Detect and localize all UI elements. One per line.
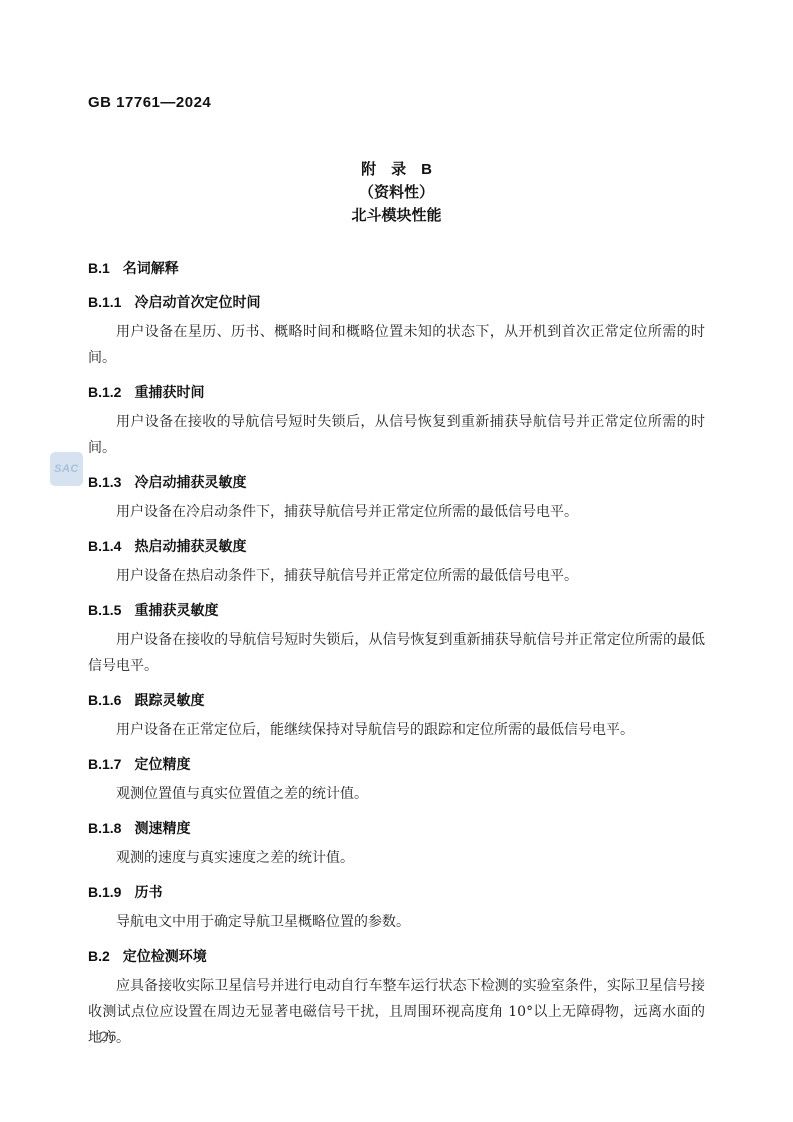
section-paragraph: 用户设备在冷启动条件下，捕获导航信号并正常定位所需的最低信号电平。: [88, 499, 705, 525]
section-paragraph: 用户设备在接收的导航信号短时失锁后，从信号恢复到重新捕获导航信号并正常定位所需的…: [88, 409, 705, 461]
section-paragraph: 导航电文中用于确定导航卫星概略位置的参数。: [88, 909, 705, 935]
section-title: 定位精度: [134, 756, 190, 772]
sections: B.1名词解释 B.1.1冷启动首次定位时间 用户设备在星历、历书、概略时间和概…: [88, 255, 705, 1051]
section-title: 历书: [134, 884, 162, 900]
section-id: B.1.4: [88, 538, 121, 554]
section-b1-1: B.1.1冷启动首次定位时间 用户设备在星历、历书、概略时间和概略位置未知的状态…: [88, 289, 705, 371]
section-heading: B.1.8测速精度: [88, 815, 705, 841]
section-b1: B.1名词解释: [88, 255, 705, 281]
appendix-name: 北斗模块性能: [88, 204, 705, 227]
appendix-subtitle: （资料性）: [88, 181, 705, 204]
section-heading: B.1.3冷启动捕获灵敏度: [88, 469, 705, 495]
section-heading: B.1.6跟踪灵敏度: [88, 687, 705, 713]
page-number: 26: [100, 1030, 117, 1045]
section-heading: B.2定位检测环境: [88, 943, 705, 969]
section-b1-3: B.1.3冷启动捕获灵敏度 用户设备在冷启动条件下，捕获导航信号并正常定位所需的…: [88, 469, 705, 525]
section-title: 跟踪灵敏度: [134, 692, 204, 708]
document-page: GB 17761—2024 SAC 附 录 B （资料性） 北斗模块性能 B.1…: [0, 0, 793, 1122]
section-b1-9: B.1.9历书 导航电文中用于确定导航卫星概略位置的参数。: [88, 879, 705, 935]
section-id: B.1.2: [88, 384, 121, 400]
section-id: B.1.8: [88, 820, 121, 836]
appendix-title: 附 录 B: [88, 158, 705, 181]
section-heading: B.1.9历书: [88, 879, 705, 905]
section-id: B.1.9: [88, 884, 121, 900]
section-paragraph: 观测的速度与真实速度之差的统计值。: [88, 845, 705, 871]
section-title: 重捕获灵敏度: [134, 602, 218, 618]
section-b1-6: B.1.6跟踪灵敏度 用户设备在正常定位后，能继续保持对导航信号的跟踪和定位所需…: [88, 687, 705, 743]
section-id: B.1.5: [88, 602, 121, 618]
section-b1-8: B.1.8测速精度 观测的速度与真实速度之差的统计值。: [88, 815, 705, 871]
section-b1-7: B.1.7定位精度 观测位置值与真实位置值之差的统计值。: [88, 751, 705, 807]
section-title: 热启动捕获灵敏度: [134, 538, 246, 554]
section-title: 定位检测环境: [123, 948, 207, 964]
section-title: 名词解释: [123, 260, 179, 276]
section-heading: B.1.1冷启动首次定位时间: [88, 289, 705, 315]
standard-number-header: GB 17761—2024: [88, 94, 211, 111]
section-b1-4: B.1.4热启动捕获灵敏度 用户设备在热启动条件下，捕获导航信号并正常定位所需的…: [88, 533, 705, 589]
section-id: B.1.6: [88, 692, 121, 708]
section-paragraph: 应具备接收实际卫星信号并进行电动自行车整车运行状态下检测的实验室条件，实际卫星信…: [88, 973, 705, 1051]
section-paragraph: 用户设备在接收的导航信号短时失锁后，从信号恢复到重新捕获导航信号并正常定位所需的…: [88, 627, 705, 679]
page-content: 附 录 B （资料性） 北斗模块性能 B.1名词解释 B.1.1冷启动首次定位时…: [88, 158, 705, 1051]
sac-watermark: SAC: [50, 452, 83, 486]
appendix-title-block: 附 录 B （资料性） 北斗模块性能: [88, 158, 705, 227]
section-heading: B.1.2重捕获时间: [88, 379, 705, 405]
section-heading: B.1.4热启动捕获灵敏度: [88, 533, 705, 559]
section-title: 测速精度: [134, 820, 190, 836]
section-b1-2: B.1.2重捕获时间 用户设备在接收的导航信号短时失锁后，从信号恢复到重新捕获导…: [88, 379, 705, 461]
section-id: B.1.3: [88, 474, 121, 490]
section-id: B.1.7: [88, 756, 121, 772]
section-heading: B.1.5重捕获灵敏度: [88, 597, 705, 623]
sac-watermark-text: SAC: [54, 463, 79, 475]
section-paragraph: 观测位置值与真实位置值之差的统计值。: [88, 781, 705, 807]
section-title: 冷启动首次定位时间: [134, 294, 260, 310]
section-id: B.1: [88, 260, 110, 276]
section-paragraph: 用户设备在星历、历书、概略时间和概略位置未知的状态下，从开机到首次正常定位所需的…: [88, 319, 705, 371]
section-id: B.1.1: [88, 294, 121, 310]
section-paragraph: 用户设备在热启动条件下，捕获导航信号并正常定位所需的最低信号电平。: [88, 563, 705, 589]
section-heading: B.1.7定位精度: [88, 751, 705, 777]
section-title: 冷启动捕获灵敏度: [134, 474, 246, 490]
section-heading: B.1名词解释: [88, 255, 705, 281]
section-b1-5: B.1.5重捕获灵敏度 用户设备在接收的导航信号短时失锁后，从信号恢复到重新捕获…: [88, 597, 705, 679]
section-b2: B.2定位检测环境 应具备接收实际卫星信号并进行电动自行车整车运行状态下检测的实…: [88, 943, 705, 1051]
section-id: B.2: [88, 948, 110, 964]
section-paragraph: 用户设备在正常定位后，能继续保持对导航信号的跟踪和定位所需的最低信号电平。: [88, 717, 705, 743]
section-title: 重捕获时间: [134, 384, 204, 400]
